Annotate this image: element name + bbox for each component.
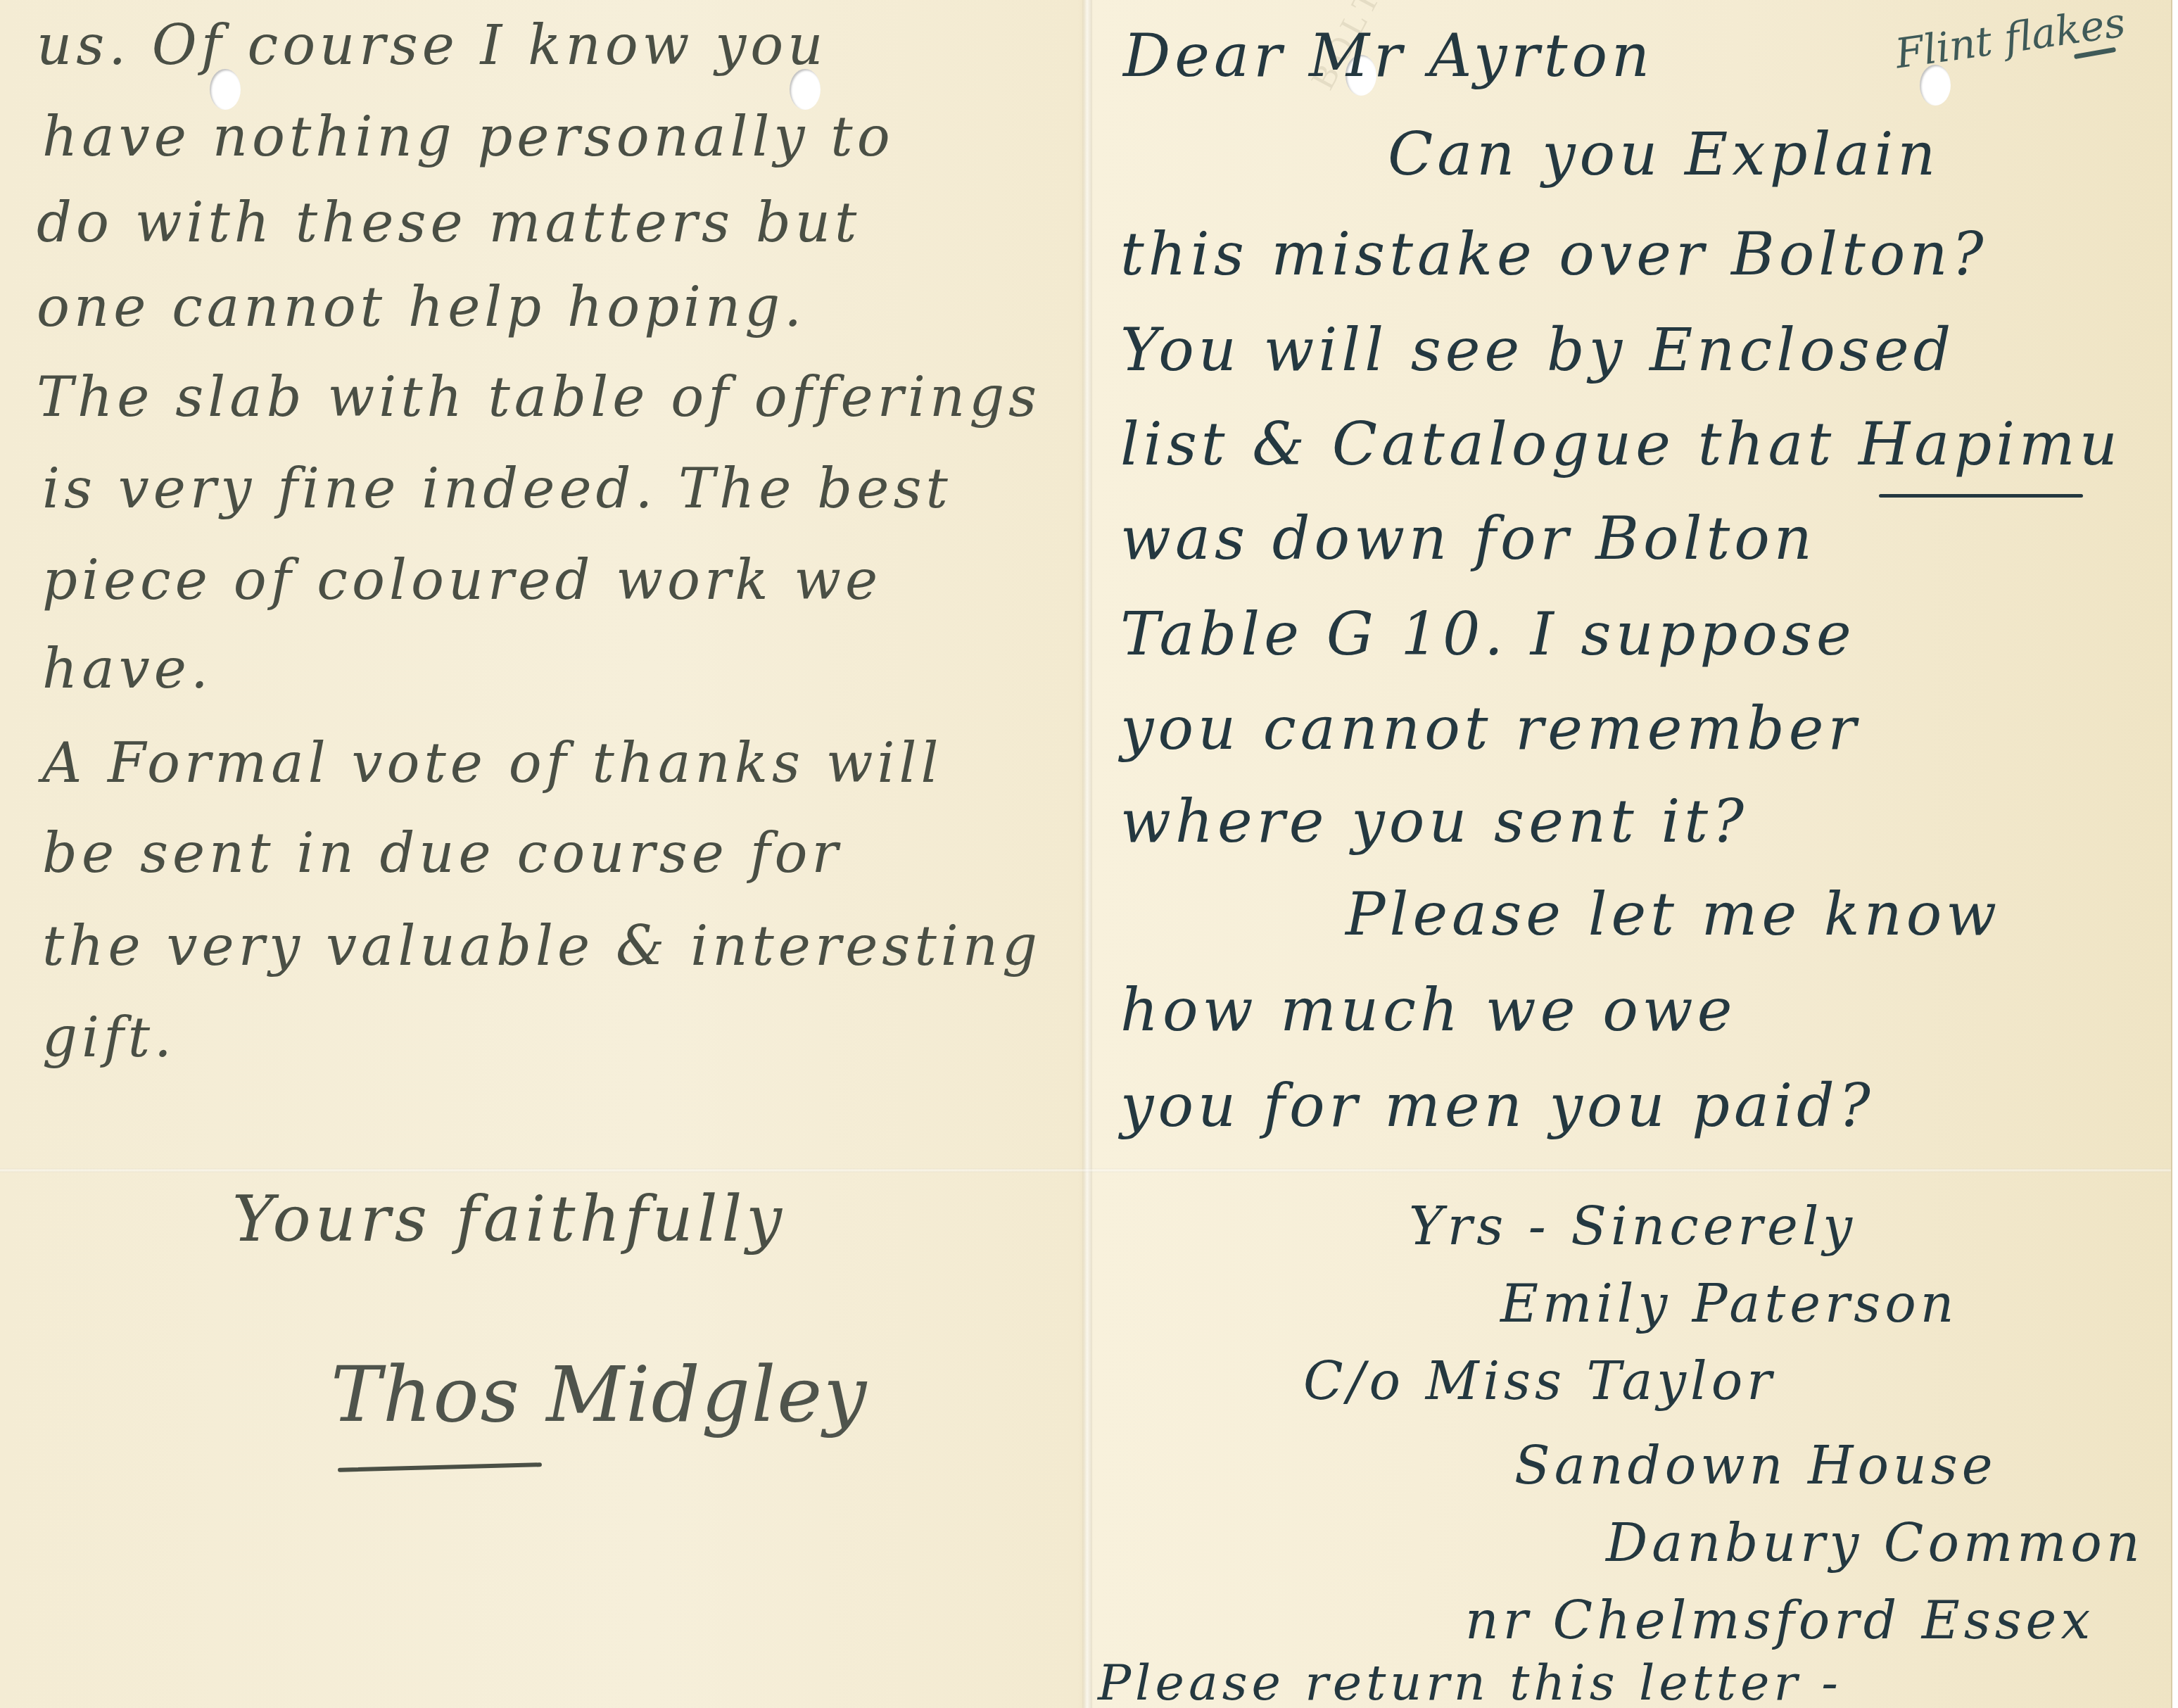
- right-line-7: you cannot remember: [1120, 694, 1861, 763]
- left-line-1: us. Of course I know you: [37, 14, 828, 77]
- letter-spread: us. Of course I know you have nothing pe…: [0, 0, 2178, 1708]
- right-line-9: Please let me know: [1346, 880, 2001, 949]
- left-line-8: have.: [42, 638, 213, 701]
- right-line-6: Table G 10. I suppose: [1120, 600, 1856, 669]
- left-line-3: do with these matters but: [37, 191, 861, 255]
- left-closing: Yours faithfully: [232, 1182, 786, 1256]
- right-line-10: how much we owe: [1120, 975, 1736, 1044]
- underline-hapimu: [1879, 494, 2083, 498]
- left-line-4: one cannot help hoping.: [37, 276, 806, 339]
- right-line-3: You will see by Enclosed: [1120, 315, 1955, 384]
- left-page: us. Of course I know you have nothing pe…: [0, 0, 1082, 1708]
- left-line-9: A Formal vote of thanks will: [42, 732, 942, 795]
- right-line-2: this mistake over Bolton?: [1120, 220, 1988, 289]
- left-line-10: be sent in due course for: [42, 822, 842, 885]
- right-closing: Yrs - Sincerely: [1409, 1196, 1856, 1257]
- left-line-6: is very fine indeed. The best: [42, 457, 952, 521]
- salutation: Dear Mr Ayrton: [1123, 21, 1654, 90]
- left-signature: Thos Midgley: [331, 1351, 868, 1439]
- left-line-7: piece of coloured work we: [42, 549, 882, 612]
- right-line-1: Can you Explain: [1388, 120, 1939, 189]
- right-line-11: you for men you paid?: [1120, 1071, 1875, 1140]
- address-line-2: Sandown House: [1514, 1436, 1996, 1496]
- address-line-3: Danbury Common: [1606, 1513, 2144, 1574]
- left-line-5: The slab with table of offerings: [37, 366, 1041, 429]
- address-line-4: nr Chelmsford Essex: [1465, 1590, 2094, 1651]
- page-edge: [2171, 0, 2178, 1708]
- right-line-4: list & Catalogue that Hapimu: [1120, 410, 2122, 479]
- left-line-12: gift.: [42, 1006, 176, 1070]
- left-line-2: have nothing personally to: [42, 106, 894, 169]
- signature-underline-flourish: [338, 1462, 542, 1472]
- archive-annotation: Flint flakes: [1892, 0, 2128, 78]
- right-line-5: was down for Bolton: [1120, 504, 1816, 573]
- right-signature: Emily Paterson: [1500, 1274, 1958, 1334]
- center-fold: [1082, 0, 1092, 1708]
- postscript: Please return this letter -: [1098, 1654, 1842, 1708]
- address-line-1: C/o Miss Taylor: [1303, 1351, 1776, 1412]
- left-line-11: the very valuable & interesting: [42, 915, 1041, 978]
- right-line-8: where you sent it?: [1120, 787, 1748, 856]
- right-page: BOLTON Flint flakes Dear Mr Ayrton Can y…: [1092, 0, 2169, 1708]
